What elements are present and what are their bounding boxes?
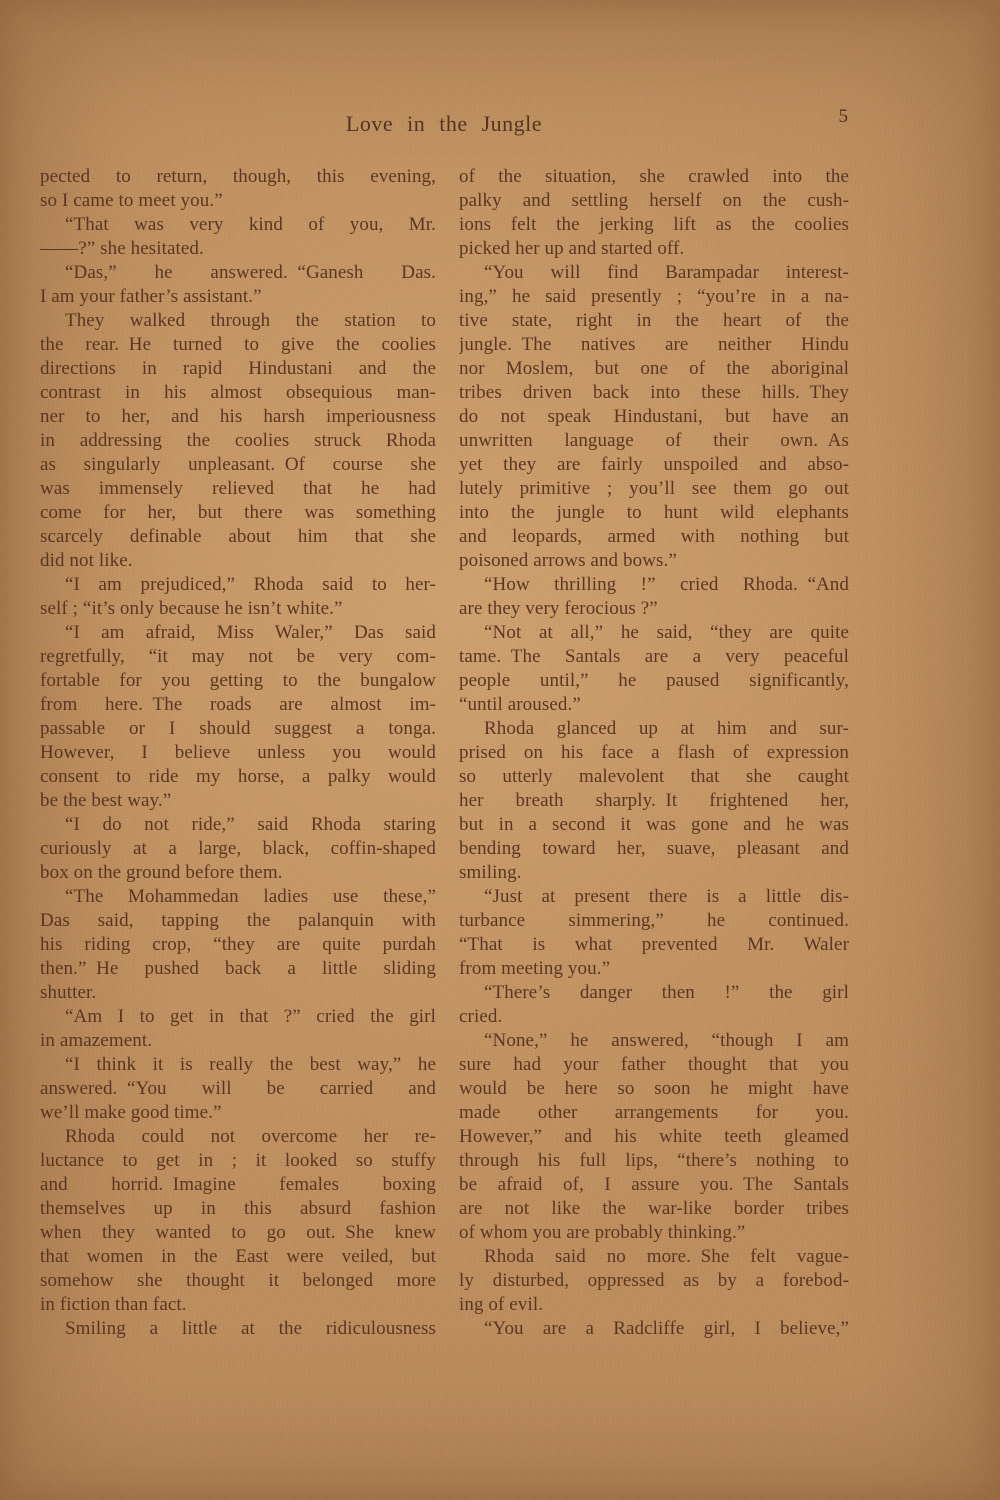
text-line: that women in the East were veiled, but [40,1245,436,1269]
page-number: 5 [808,106,848,128]
text-line: people until,” he paused significantly, [459,669,849,693]
text-line: we’ll make good time.” [40,1101,436,1125]
text-line: “The Mohammedan ladies use these,” [40,885,436,909]
text-line: “Am I to get in that ?” cried the girl [40,1005,436,1029]
text-line: tive state, right in the heart of the [459,309,849,333]
text-line: bending toward her, suave, pleasant and [459,837,849,861]
text-line: luctance to get in ; it looked so stuffy [40,1149,436,1173]
text-line: ——?” she hesitated. [40,237,436,261]
text-line: are they very ferocious ?” [459,597,849,621]
text-line: However,” and his white teeth gleamed [459,1125,849,1149]
text-line: come for her, but there was something [40,501,436,525]
text-line: Das said, tapping the palanquin with [40,909,436,933]
text-line: “I do not ride,” said Rhoda staring [40,813,436,837]
text-line: made other arrangements for you. [459,1101,849,1125]
text-line: themselves up in this absurd fashion [40,1197,436,1221]
text-line: “until aroused.” [459,693,849,717]
text-line: the rear. He turned to give the coolies [40,333,436,357]
text-line: passable or I should suggest a tonga. [40,717,436,741]
text-line: “I am prejudiced,” Rhoda said to her- [40,573,436,597]
text-line: be the best way.” [40,789,436,813]
text-line: consent to ride my horse, a palky would [40,765,436,789]
text-line: I am your father’s assistant.” [40,285,436,309]
text-line: “Just at present there is a little dis- [459,885,849,909]
text-line: fortable for you getting to the bungalow [40,669,436,693]
text-line: tribes driven back into these hills. The… [459,381,849,405]
text-line: jungle. The natives are neither Hindu [459,333,849,357]
text-line: “There’s danger then !” the girl [459,981,849,1005]
text-line: “You are a Radcliffe girl, I believe,” [459,1317,849,1341]
text-line: tame. The Santals are a very peaceful [459,645,849,669]
text-line: so utterly malevolent that she caught [459,765,849,789]
text-column-left: pected to return, though, this evening,s… [40,165,436,1341]
text-line: his riding crop, “they are quite purdah [40,933,436,957]
text-line: from here. The roads are almost im- [40,693,436,717]
text-line: box on the ground before them. [40,861,436,885]
text-line: be afraid of, I assure you. The Santals [459,1173,849,1197]
text-line: sure had your father thought that you [459,1053,849,1077]
text-line: Rhoda could not overcome her re- [40,1125,436,1149]
text-line: so I came to meet you.” [40,189,436,213]
text-line: in fiction than fact. [40,1293,436,1317]
text-line: but in a second it was gone and he was [459,813,849,837]
text-line: then.” He pushed back a little sliding [40,957,436,981]
text-line: directions in rapid Hindustani and the [40,357,436,381]
text-line: in amazement. [40,1029,436,1053]
text-line: as singularly unpleasant. Of course she [40,453,436,477]
text-line: smiling. [459,861,849,885]
running-title: Love in the Jungle [40,111,848,137]
text-line: answered. “You will be carried and [40,1077,436,1101]
text-line: nor Moslem, but one of the aboriginal [459,357,849,381]
text-line: her breath sharply. It frightened her, [459,789,849,813]
text-line: of whom you are probably thinking.” [459,1221,849,1245]
text-line: and horrid. Imagine females boxing [40,1173,436,1197]
text-column-right: of the situation, she crawled into thepa… [459,165,849,1341]
book-page: Love in the Jungle 5 pected to return, t… [0,0,1000,1500]
text-line: regretfully, “it may not be very com- [40,645,436,669]
text-line: from meeting you.” [459,957,849,981]
text-line: Rhoda said no more. She felt vague- [459,1245,849,1269]
text-line: curiously at a large, black, coffin-shap… [40,837,436,861]
text-line: into the jungle to hunt wild elephants [459,501,849,525]
text-line: and leopards, armed with nothing but [459,525,849,549]
text-line: picked her up and started off. [459,237,849,261]
text-line: However, I believe unless you would [40,741,436,765]
text-line: Rhoda glanced up at him and sur- [459,717,849,741]
text-line: pected to return, though, this evening, [40,165,436,189]
text-line: “Not at all,” he said, “they are quite [459,621,849,645]
text-line: are not like the war-like border tribes [459,1197,849,1221]
text-line: through his full lips, “there’s nothing … [459,1149,849,1173]
text-line: ions felt the jerking lift as the coolie… [459,213,849,237]
text-line: turbance simmering,” he continued. [459,909,849,933]
text-line: contrast in his almost obsequious man- [40,381,436,405]
text-line: when they wanted to go out. She knew [40,1221,436,1245]
text-line: yet they are fairly unspoiled and abso- [459,453,849,477]
text-line: ly disturbed, oppressed as by a forebod- [459,1269,849,1293]
text-line: would be here so soon he might have [459,1077,849,1101]
text-line: scarcely definable about him that she [40,525,436,549]
text-line: do not speak Hindustani, but have an [459,405,849,429]
text-line: “None,” he answered, “though I am [459,1029,849,1053]
text-line: ing,” he said presently ; “you’re in a n… [459,285,849,309]
text-line: cried. [459,1005,849,1029]
text-line: ing of evil. [459,1293,849,1317]
text-line: Smiling a little at the ridiculousness [40,1317,436,1341]
text-line: prised on his face a flash of expression [459,741,849,765]
text-line: “You will find Barampadar interest- [459,261,849,285]
text-line: “That is what prevented Mr. Waler [459,933,849,957]
text-line: “I am afraid, Miss Waler,” Das said [40,621,436,645]
text-line: “That was very kind of you, Mr. [40,213,436,237]
text-line: self ; “it’s only because he isn’t white… [40,597,436,621]
text-line: unwritten language of their own. As [459,429,849,453]
text-line: in addressing the coolies struck Rhoda [40,429,436,453]
text-line: shutter. [40,981,436,1005]
text-line: lutely primitive ; you’ll see them go ou… [459,477,849,501]
text-line: palky and settling herself on the cush- [459,189,849,213]
text-line: of the situation, she crawled into the [459,165,849,189]
text-line: poisoned arrows and bows.” [459,549,849,573]
text-line: They walked through the station to [40,309,436,333]
text-line: “Das,” he answered. “Ganesh Das. [40,261,436,285]
text-line: was immensely relieved that he had [40,477,436,501]
text-line: “I think it is really the best way,” he [40,1053,436,1077]
text-line: “How thrilling !” cried Rhoda. “And [459,573,849,597]
text-line: somehow she thought it belonged more [40,1269,436,1293]
text-line: ner to her, and his harsh imperiousness [40,405,436,429]
text-line: did not like. [40,549,436,573]
